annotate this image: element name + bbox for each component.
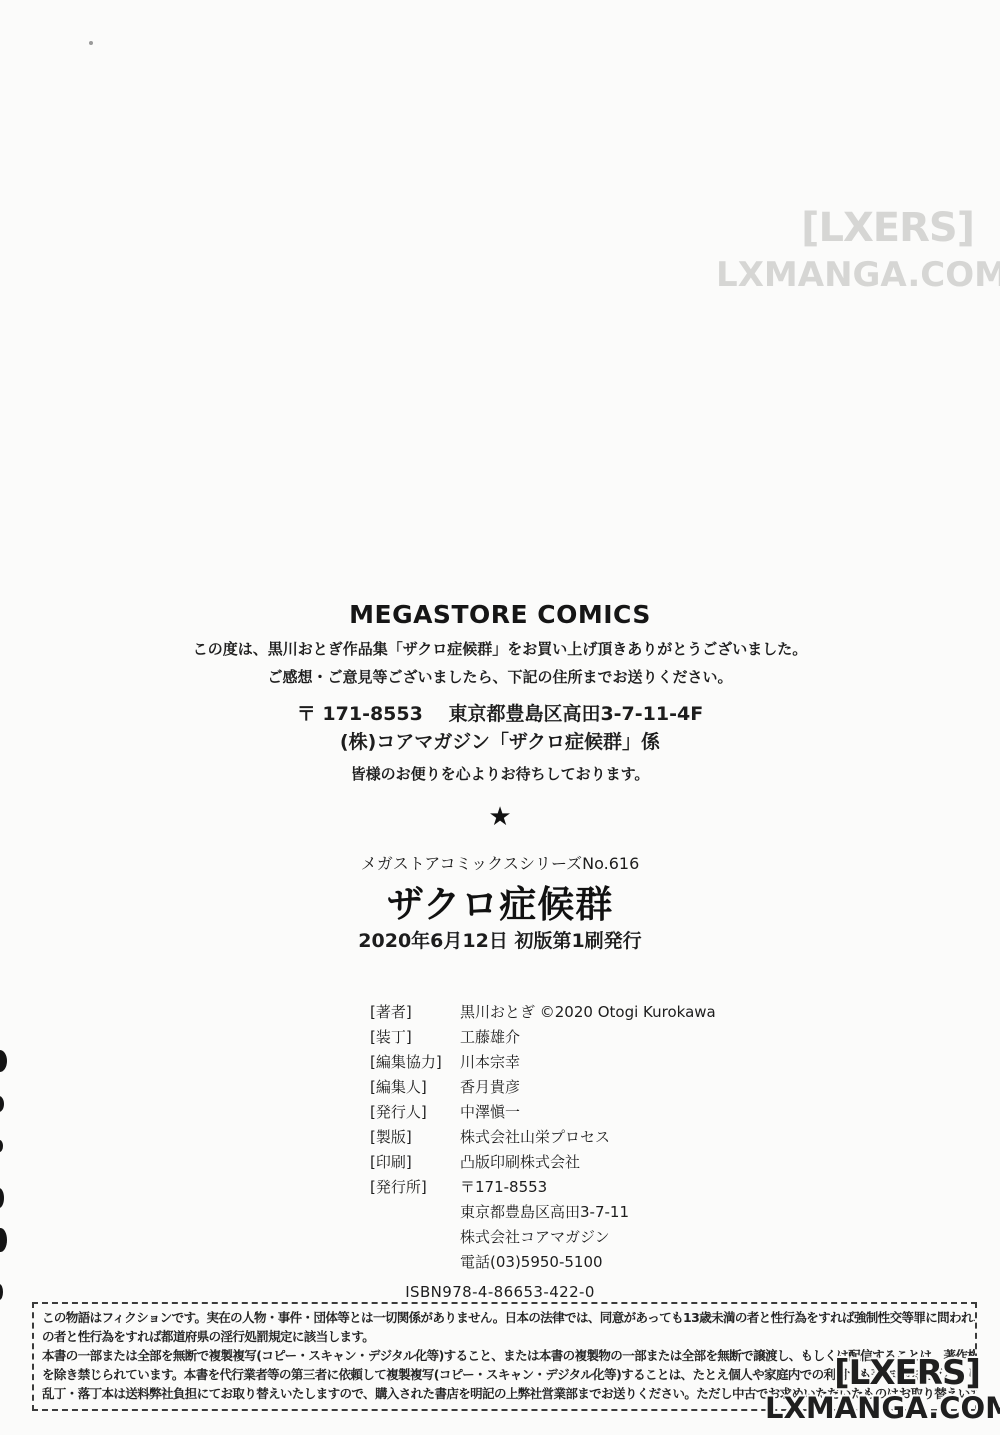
disclaimer-line: の者と性行為をすれば都道府県の淫行処罰規定に該当します。 — [42, 1327, 967, 1346]
isbn-number: ISBN978-4-86653-422-0 — [0, 1283, 1000, 1301]
star-icon: ★ — [0, 802, 1000, 832]
credit-label: [発行所] — [370, 1175, 460, 1200]
book-title: ザクロ症候群 — [0, 874, 1000, 928]
credit-row-publishing-office: [発行所] 〒171-8553 — [370, 1175, 716, 1200]
watermark-top: [LXERS] LXMANGA.COM — [716, 208, 1000, 292]
thanks-line-2: ご感想・ご意見等ございましたら、下記の住所までお送りください。 — [0, 666, 1000, 687]
colophon-page: [LXERS] LXMANGA.COM MEGASTORE COMICS この度… — [0, 0, 1000, 1435]
watermark-lxmanga-text: LXMANGA.COM — [765, 1394, 1000, 1423]
publisher-logo: MEGASTORE COMICS — [0, 600, 1000, 629]
credit-label: [編集人] — [370, 1075, 460, 1100]
credit-row-editing-support: [編集協力] 川本宗幸 — [370, 1050, 716, 1075]
credit-label: [製版] — [370, 1125, 460, 1150]
credit-value: 黒川おとぎ ©2020 Otogi Kurokawa — [460, 1000, 716, 1025]
credit-value: 工藤雄介 — [460, 1025, 520, 1050]
credit-value: 株式会社山栄プロセス — [460, 1125, 610, 1150]
credit-value: 凸版印刷株式会社 — [460, 1150, 580, 1175]
publisher-address-line: 株式会社コアマガジン — [370, 1225, 716, 1250]
ink-blob — [0, 1228, 7, 1252]
ink-blob — [0, 1140, 3, 1152]
publisher-address-line: 東京都豊島区高田3-7-11 — [370, 1200, 716, 1225]
publisher-phone: 電話(03)5950-5100 — [370, 1250, 716, 1275]
credit-row-publisher-person: [発行人] 中澤愼一 — [370, 1100, 716, 1125]
ink-blob — [0, 1096, 4, 1112]
watermark-bottom: [LXERS] LXMANGA.COM — [765, 1356, 1000, 1423]
watermark-lxers-text: [LXERS] — [716, 208, 1000, 248]
mailing-department: (株)コアマガジン「ザクロ症候群」係 — [0, 727, 1000, 754]
watermark-lxmanga-text: LXMANGA.COM — [716, 258, 1000, 292]
waiting-note: 皆様のお便りを心よりお待ちしております。 — [0, 763, 1000, 784]
series-number: メガストアコミックスシリーズNo.616 — [0, 851, 1000, 874]
watermark-lxers-text: [LXERS] — [765, 1356, 1000, 1390]
credit-value: 川本宗幸 — [460, 1050, 520, 1075]
credits-list: [著者] 黒川おとぎ ©2020 Otogi Kurokawa [装丁] 工藤雄… — [370, 1000, 716, 1275]
credit-value: 中澤愼一 — [460, 1100, 520, 1125]
print-edition-info: 2020年6月12日 初版第1刷発行 — [0, 926, 1000, 953]
credit-label: [発行人] — [370, 1100, 460, 1125]
ink-blob — [0, 1188, 4, 1208]
credit-label: [装丁] — [370, 1025, 460, 1050]
scan-speck — [89, 41, 93, 45]
ink-blob — [0, 1050, 7, 1072]
credit-label: [編集協力] — [370, 1050, 460, 1075]
thanks-line-1: この度は、黒川おとぎ作品集「ザクロ症候群」をお買い上げ頂きありがとうございました… — [0, 638, 1000, 659]
credit-value: 〒171-8553 — [460, 1175, 547, 1200]
credit-row-printing: [印刷] 凸版印刷株式会社 — [370, 1150, 716, 1175]
credit-label: [印刷] — [370, 1150, 460, 1175]
disclaimer-line: この物語はフィクションです。実在の人物・事件・団体等とは一切関係がありません。日… — [42, 1308, 967, 1327]
credit-row-author: [著者] 黒川おとぎ ©2020 Otogi Kurokawa — [370, 1000, 716, 1025]
credit-value: 香月貴彦 — [460, 1075, 520, 1100]
credit-row-editor: [編集人] 香月貴彦 — [370, 1075, 716, 1100]
credit-row-plate-making: [製版] 株式会社山栄プロセス — [370, 1125, 716, 1150]
credit-row-design: [装丁] 工藤雄介 — [370, 1025, 716, 1050]
mailing-address: 〒 171-8553 東京都豊島区高田3-7-11-4F — [0, 699, 1000, 726]
credit-label: [著者] — [370, 1000, 460, 1025]
